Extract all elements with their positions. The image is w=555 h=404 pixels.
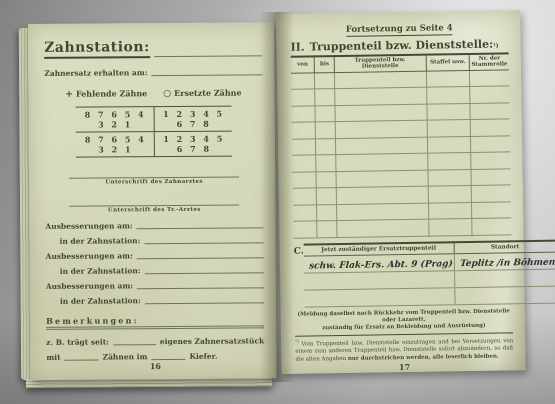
col-unit: Truppenteil bzw. Dienststelle bbox=[334, 55, 426, 73]
replacement-unit-section: C. Jetzt zuständiger Ersatztruppenteil S… bbox=[294, 240, 513, 307]
replacement-unit-table: Jetzt zuständiger Ersatztruppenteil Stan… bbox=[304, 239, 555, 307]
col-bis: bis bbox=[315, 56, 335, 72]
col-staffel: Staffel usw. bbox=[426, 54, 470, 71]
dentist-signature-block: Unterschrift des Zahnarztes bbox=[69, 169, 239, 186]
handwritten-unit-entry: schw. Flak-Ers. Abt. 9 (Prag) bbox=[305, 260, 453, 271]
left-page: Zahnstation: Zahnersatz erhalten am: +Fe… bbox=[28, 22, 276, 380]
lower-jaw-row: 8 7 6 5 4 3 2 1 1 2 3 4 5 6 7 8 bbox=[76, 131, 232, 157]
repair-station-row: in der Zahnstation: bbox=[60, 295, 264, 305]
dental-station-heading-row: Zahnstation: bbox=[44, 38, 262, 59]
repair-entry-row: Ausbesserungen am: bbox=[46, 250, 264, 261]
denture-received-row: Zahnersatz erhalten am: bbox=[44, 67, 262, 78]
col-von: von bbox=[291, 56, 315, 72]
signature-line bbox=[69, 197, 239, 207]
cross-icon: + bbox=[65, 90, 73, 100]
continuation-header: Fortsetzung zu Seite 4 bbox=[290, 22, 508, 35]
denture-received-label: Zahnersatz erhalten am: bbox=[44, 68, 147, 78]
troop-doctor-signature-caption: Unterschrift des Tr.-Arztes bbox=[69, 207, 239, 214]
tooth-legend: +Fehlende Zähne ○Ersetzte Zähne bbox=[44, 87, 262, 100]
open-booklet: Zahnstation: Zahnersatz erhalten am: +Fe… bbox=[24, 6, 524, 390]
repair-station-row: in der Zahnstation: bbox=[60, 265, 264, 275]
empty-table-row bbox=[304, 286, 555, 307]
blank-line bbox=[137, 287, 264, 289]
signature-line bbox=[69, 169, 239, 179]
right-page: Fortsetzung zu Seite 4 II. Truppenteil b… bbox=[276, 10, 526, 374]
section-heading: II. Truppenteil bzw. Dienststelle: ¹) bbox=[290, 37, 508, 53]
right-page-number: 17 bbox=[295, 360, 513, 373]
blank-line bbox=[137, 227, 264, 229]
footnote-reference: ¹) bbox=[493, 43, 499, 50]
circle-icon: ○ bbox=[163, 89, 171, 99]
dental-station-heading: Zahnstation: bbox=[44, 39, 150, 59]
lower-right-quadrant: 1 2 3 4 5 6 7 8 bbox=[154, 131, 232, 157]
unit-table: von bis Truppenteil bzw. Dienststelle St… bbox=[291, 52, 512, 238]
denture-wears-row: z. B. trägt seit: eigenes Zahnersatzstüc… bbox=[46, 336, 264, 347]
blank-line bbox=[137, 257, 264, 259]
replaced-teeth-legend: ○Ersetzte Zähne bbox=[163, 88, 241, 100]
repair-entry-row: Ausbesserungen am: bbox=[45, 220, 263, 231]
upper-right-quadrant: 1 2 3 4 5 6 7 8 bbox=[154, 106, 232, 132]
blank-line bbox=[113, 344, 156, 345]
section-c-label: C. bbox=[294, 243, 304, 256]
blank-line bbox=[145, 272, 264, 274]
blank-line bbox=[152, 74, 263, 76]
dentist-signature-caption: Unterschrift des Zahnarztes bbox=[69, 179, 239, 186]
handwritten-location-entry: Teplitz /in Böhmen bbox=[455, 258, 555, 269]
tooth-chart: 8 7 6 5 4 3 2 1 1 2 3 4 5 6 7 8 8 7 6 5 … bbox=[76, 106, 232, 158]
repair-station-row: in der Zahnstation: bbox=[59, 235, 263, 245]
blank-line bbox=[144, 242, 263, 244]
photo-of-wehrpass-booklet: { "left_page": { "title": "Zahnstation:"… bbox=[0, 0, 555, 404]
blank-line bbox=[154, 55, 262, 57]
blank-line bbox=[46, 326, 264, 330]
troop-doctor-signature-block: Unterschrift des Tr.-Arztes bbox=[69, 197, 239, 214]
left-page-number: 16 bbox=[46, 360, 264, 372]
missing-teeth-legend: +Fehlende Zähne bbox=[65, 88, 147, 100]
upper-jaw-row: 8 7 6 5 4 3 2 1 1 2 3 4 5 6 7 8 bbox=[76, 106, 232, 132]
reporting-note: (Meldung daselbst nach Rückkehr vom Trup… bbox=[295, 308, 513, 333]
lower-left-quadrant: 8 7 6 5 4 3 2 1 bbox=[76, 132, 154, 158]
empty-table-row bbox=[293, 218, 511, 238]
section-numeral: II. bbox=[290, 41, 304, 54]
footnote-text: ¹) Vom Truppenteil bzw. Dienststelle ein… bbox=[295, 336, 513, 364]
section-title: Truppenteil bzw. Dienststelle: bbox=[310, 38, 494, 54]
upper-left-quadrant: 8 7 6 5 4 3 2 1 bbox=[76, 107, 154, 133]
repair-entry-row: Ausbesserungen am: bbox=[46, 280, 264, 291]
blank-line bbox=[145, 302, 264, 304]
col-roll-number: Nr. der Stammrolle bbox=[469, 53, 509, 70]
